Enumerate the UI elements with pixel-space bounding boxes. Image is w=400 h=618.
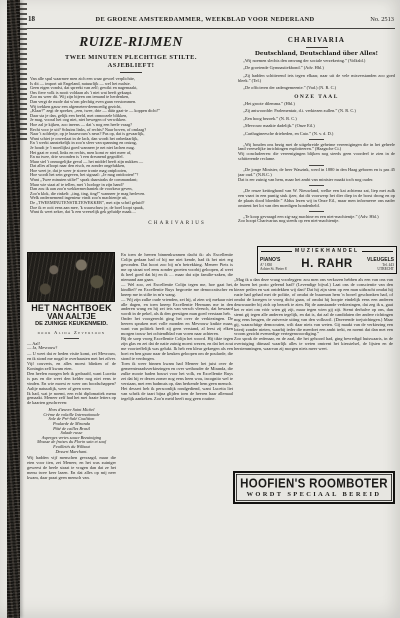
charivaria-item: „Zij antwoordde: Parlementair, d.i. verk… [238,109,395,114]
page-number: 18 [28,15,68,23]
city-label: UTRECHT [357,267,394,271]
item-divider [64,338,79,339]
feature-byline: door Alida Zeversoon [27,330,116,335]
item-divider [309,211,324,212]
charivaria-item: „Zij hadden schitterend iets tegen elkaa… [238,74,395,84]
charivaria-subhead: ONZE TAAL [238,94,395,100]
issue-number: No. 2513 [342,16,394,23]
poem-subtitle-2: ASJEBLIEFT! [30,62,232,69]
charivaria-item: „Een hoog bezoek.” (N. R. C.) [238,117,395,122]
poem-title: RUIZE-RIJMEN [30,34,232,50]
ornament-rule [306,47,328,48]
hoofien-line1: HOOFIEN'S ROOMBOTER [240,477,388,491]
ornament-rule [120,72,142,73]
address-label: Achter St. Pieter 8 [260,267,297,271]
feature-body-2: Wij hadden vijf menschen gevraagd, maar … [27,456,116,481]
masthead-title: DE GROENE AMSTERDAMMER, WEEKBLAD VOOR NE… [68,16,342,23]
poem-body: Van alle spul waarmee men zich een waar … [30,77,232,215]
binding-edge [7,0,20,618]
poem-subtitle: TWEE MINUTEN PLECHTIGE STILTE. [30,54,232,61]
binding-frays [19,0,27,140]
charivaria-item: „De officieren der radengemeente.” (Vad.… [238,86,395,91]
advert-left-cell: PIANO'S A° 1830 Achter St. Pieter 8 [258,254,299,273]
header-rule [27,28,395,29]
charivaria-item: „Wij noemen slechts den omvang der socia… [238,59,395,64]
feature-dialog: — Aal! — Ja, Mevrouw? [27,342,116,352]
right-text-column: „Mag ik u dan deze vraag voorleggen: zou… [234,278,393,468]
charivaria-item: „Het groote dilemma.” (Hbl.) [238,102,395,107]
rahr-music-advert: MUZIEKHANDEL PIANO'S A° 1830 Achter St. … [257,246,397,274]
hoofien-line2: WORDT SPECIAAL BEREID [247,491,382,498]
charivaria-item: „Te koop gevraagd een zig-zag machine en… [238,215,395,225]
hoofien-butter-advert: HOOFIEN'S ROOMBOTER WORDT SPECIAAL BEREI… [233,471,395,504]
feature-body-1: — U weet dat er heden visite komt, zei M… [27,352,116,406]
charivaria-item: „Wij houden ons bezig met de uitgebreide… [238,143,395,163]
feature-title-line2: VAN AALTJE [27,313,116,321]
item-divider [309,139,324,140]
charivaria-item: „Carthagineesche drieheden, en Cato.” (N… [238,132,395,137]
charivaria-column: CHARIVARIA Deutschland, Deutschland über… [238,36,395,246]
feature-title-line3: DE ZUINIGE KEUKENMEID. [27,321,116,328]
nachtboek-illustration [27,252,115,302]
item-divider [309,165,324,166]
charivaria-item: „De reuze kettinghond van W. Nieuwland, … [238,189,395,209]
advert-header: MUZIEKHANDEL [258,247,396,254]
charivaria-item: „Mevrouw maakte dadelijk.” (Onze Eil.) [238,124,395,129]
charivaria-motto: Deutschland, Deutschland über Alles! [238,51,395,57]
charivaria-item: „De groeiende Gymnastiekbond.” (Adv. Hbl… [238,66,395,71]
nachtboek-article: HET NACHTBOEK VAN AALTJE DE ZUINIGE KEUK… [27,252,116,510]
charivaria-title: CHARIVARIA [238,36,395,44]
poem-signature: CHARIVARIUS [30,221,206,226]
ruize-rijmen-article: RUIZE-RIJMEN TWEE MINUTEN PLECHTIGE STIL… [30,34,232,226]
advert-brand-name: H. RAHR [299,254,355,273]
middle-text-column: En toen de heeren binnenkwamen dacht ik:… [121,253,233,543]
feature-menu-list: Hors d'œuvre Saint Michel Crème de volai… [27,408,116,454]
page-header: 18 DE GROENE AMSTERDAMMER, WEEKBLAD VOOR… [28,15,394,23]
advert-right-cell: VLEUGELS Tel. 443 UTRECHT [355,254,396,273]
charivaria-item: „De jonge Minister, de heer Waszink, wer… [238,168,395,183]
item-divider [309,185,324,186]
newspaper-page: 18 DE GROENE AMSTERDAMMER, WEEKBLAD VOOR… [0,0,400,618]
